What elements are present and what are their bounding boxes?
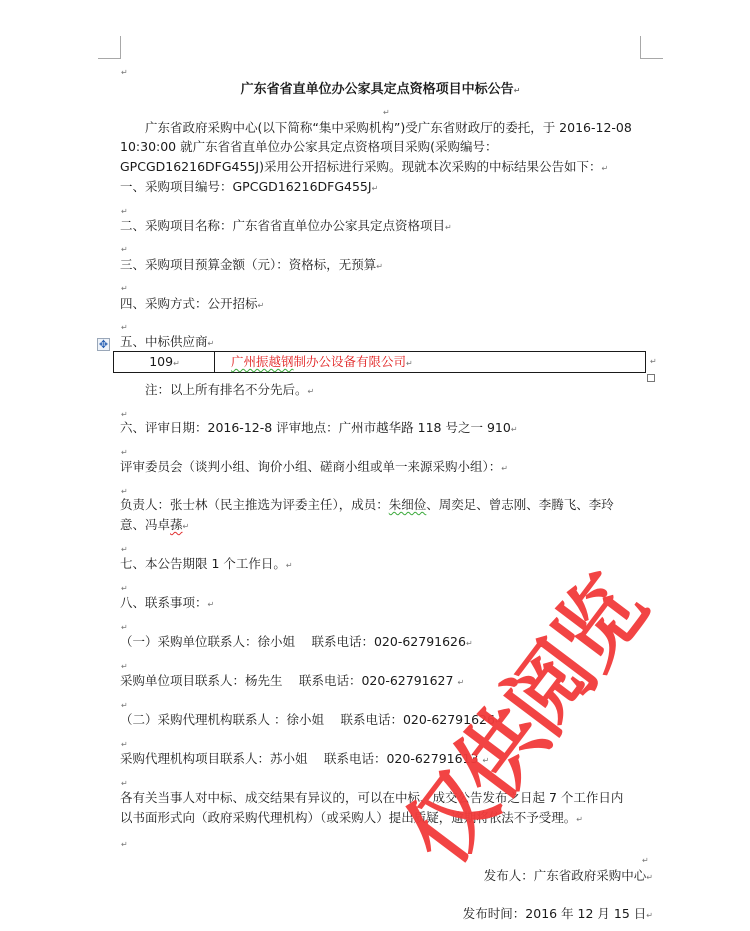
empty-paragraph-mark: ↵ [121,284,128,294]
ranking-note[interactable]: 注：以上所有排名不分先后。↵ [145,380,313,399]
publish-date[interactable]: 发布时间：2016 年 12 月 15 日↵ [463,904,652,925]
committee-members-line-1[interactable]: 负责人：张士林（民主推选为评委主任），成员：朱细俭、周奕足、曾志刚、李腾飞、李玲 [120,495,614,514]
empty-paragraph-mark: ↵ [121,840,128,850]
empty-paragraph-mark: ↵ [121,68,128,78]
publisher[interactable]: 发布人：广东省政府采购中心↵ [484,866,652,887]
objection-notice-line-2[interactable]: 以书面形式向（政府采购代理机构）（或采购人）提出质疑，逾期将依法不予受理。↵ [120,808,582,827]
document-page: ↵ 广东省省直单位办公家具定点资格项目中标公告↵ ↵ 广东省政府采购中心(以下简… [0,0,750,931]
section-1-project-number[interactable]: 一、采购项目编号：GPCGD16216DFG455J↵ [120,177,377,196]
section-4-procurement-method[interactable]: 四、采购方式：公开招标↵ [120,294,263,313]
spellcheck-squiggle: 朱细俭 [389,497,427,512]
review-committee[interactable]: 评审委员会（谈判小组、询价小组、磋商小组或单一来源采购小组）：↵ [120,457,507,476]
table-resize-handle-icon[interactable] [647,374,655,382]
intro-line-3[interactable]: GPCGD16216DFG455J)采用公开招标进行采购。现就本次采购的中标结果… [120,157,607,176]
section-5-winning-supplier[interactable]: 五、中标供应商↵ [120,332,213,351]
winner-table[interactable]: 109↵ 广州振越钢制办公设备有限公司↵ [113,351,646,373]
table-row-end-mark: ↵ [650,357,657,366]
section-8-contacts[interactable]: 八、联系事项：↵ [120,593,213,612]
section-3-budget[interactable]: 三、采购项目预算金额（元）：资格标，无预算↵ [120,255,382,274]
page-corner-mark-top-left [98,36,121,59]
empty-paragraph-mark: ↵ [383,108,390,118]
winner-table-cell-number[interactable]: 109↵ [114,352,215,372]
page-corner-mark-top-right [640,36,663,59]
contact-agency-project[interactable]: 采购代理机构项目联系人：苏小姐 联系电话：020-62791613 ↵ [120,749,488,768]
section-2-project-name[interactable]: 二、采购项目名称：广东省省直单位办公家具定点资格项目↵ [120,216,451,235]
contact-purchaser-project[interactable]: 采购单位项目联系人：杨先生 联系电话：020-62791627 ↵ [120,671,463,690]
section-7-notice-period[interactable]: 七、本公告期限 1 个工作日。↵ [120,554,292,573]
winner-table-cell-company[interactable]: 广州振越钢制办公设备有限公司↵ [215,352,645,372]
spellcheck-squiggle: 广州振越钢 [231,354,294,369]
contact-purchaser[interactable]: （一）采购单位联系人：徐小姐 联系电话：020-62791626↵ [120,632,472,651]
intro-line-1[interactable]: 广东省政府采购中心(以下简称“集中采购机构”)受广东省财政厅的委托，于 2016… [145,118,632,137]
table-move-handle-icon[interactable]: ✥ [97,338,110,351]
empty-paragraph-mark: ↵ [642,856,649,866]
contact-agency[interactable]: （二）采购代理机构联系人 ：徐小姐 联系电话：020-62791626↵ [120,710,501,729]
spellcheck-squiggle: 蓀 [170,517,183,532]
committee-members-line-2[interactable]: 意、冯卓蓀↵ [120,515,188,534]
section-6-review-date-location[interactable]: 六、评审日期：2016-12-8 评审地点：广州市越华路 118 号之一 910… [120,418,517,437]
document-title[interactable]: 广东省省直单位办公家具定点资格项目中标公告↵ [0,78,750,97]
intro-line-2[interactable]: 10:30:00 就广东省省直单位办公家具定点资格项目采购(采购编号： [120,137,498,156]
objection-notice-line-1[interactable]: 各有关当事人对中标、成交结果有异议的，可以在中标、成交公告发布之日起 7 个工作… [120,788,623,807]
empty-paragraph-mark: ↵ [121,245,128,255]
